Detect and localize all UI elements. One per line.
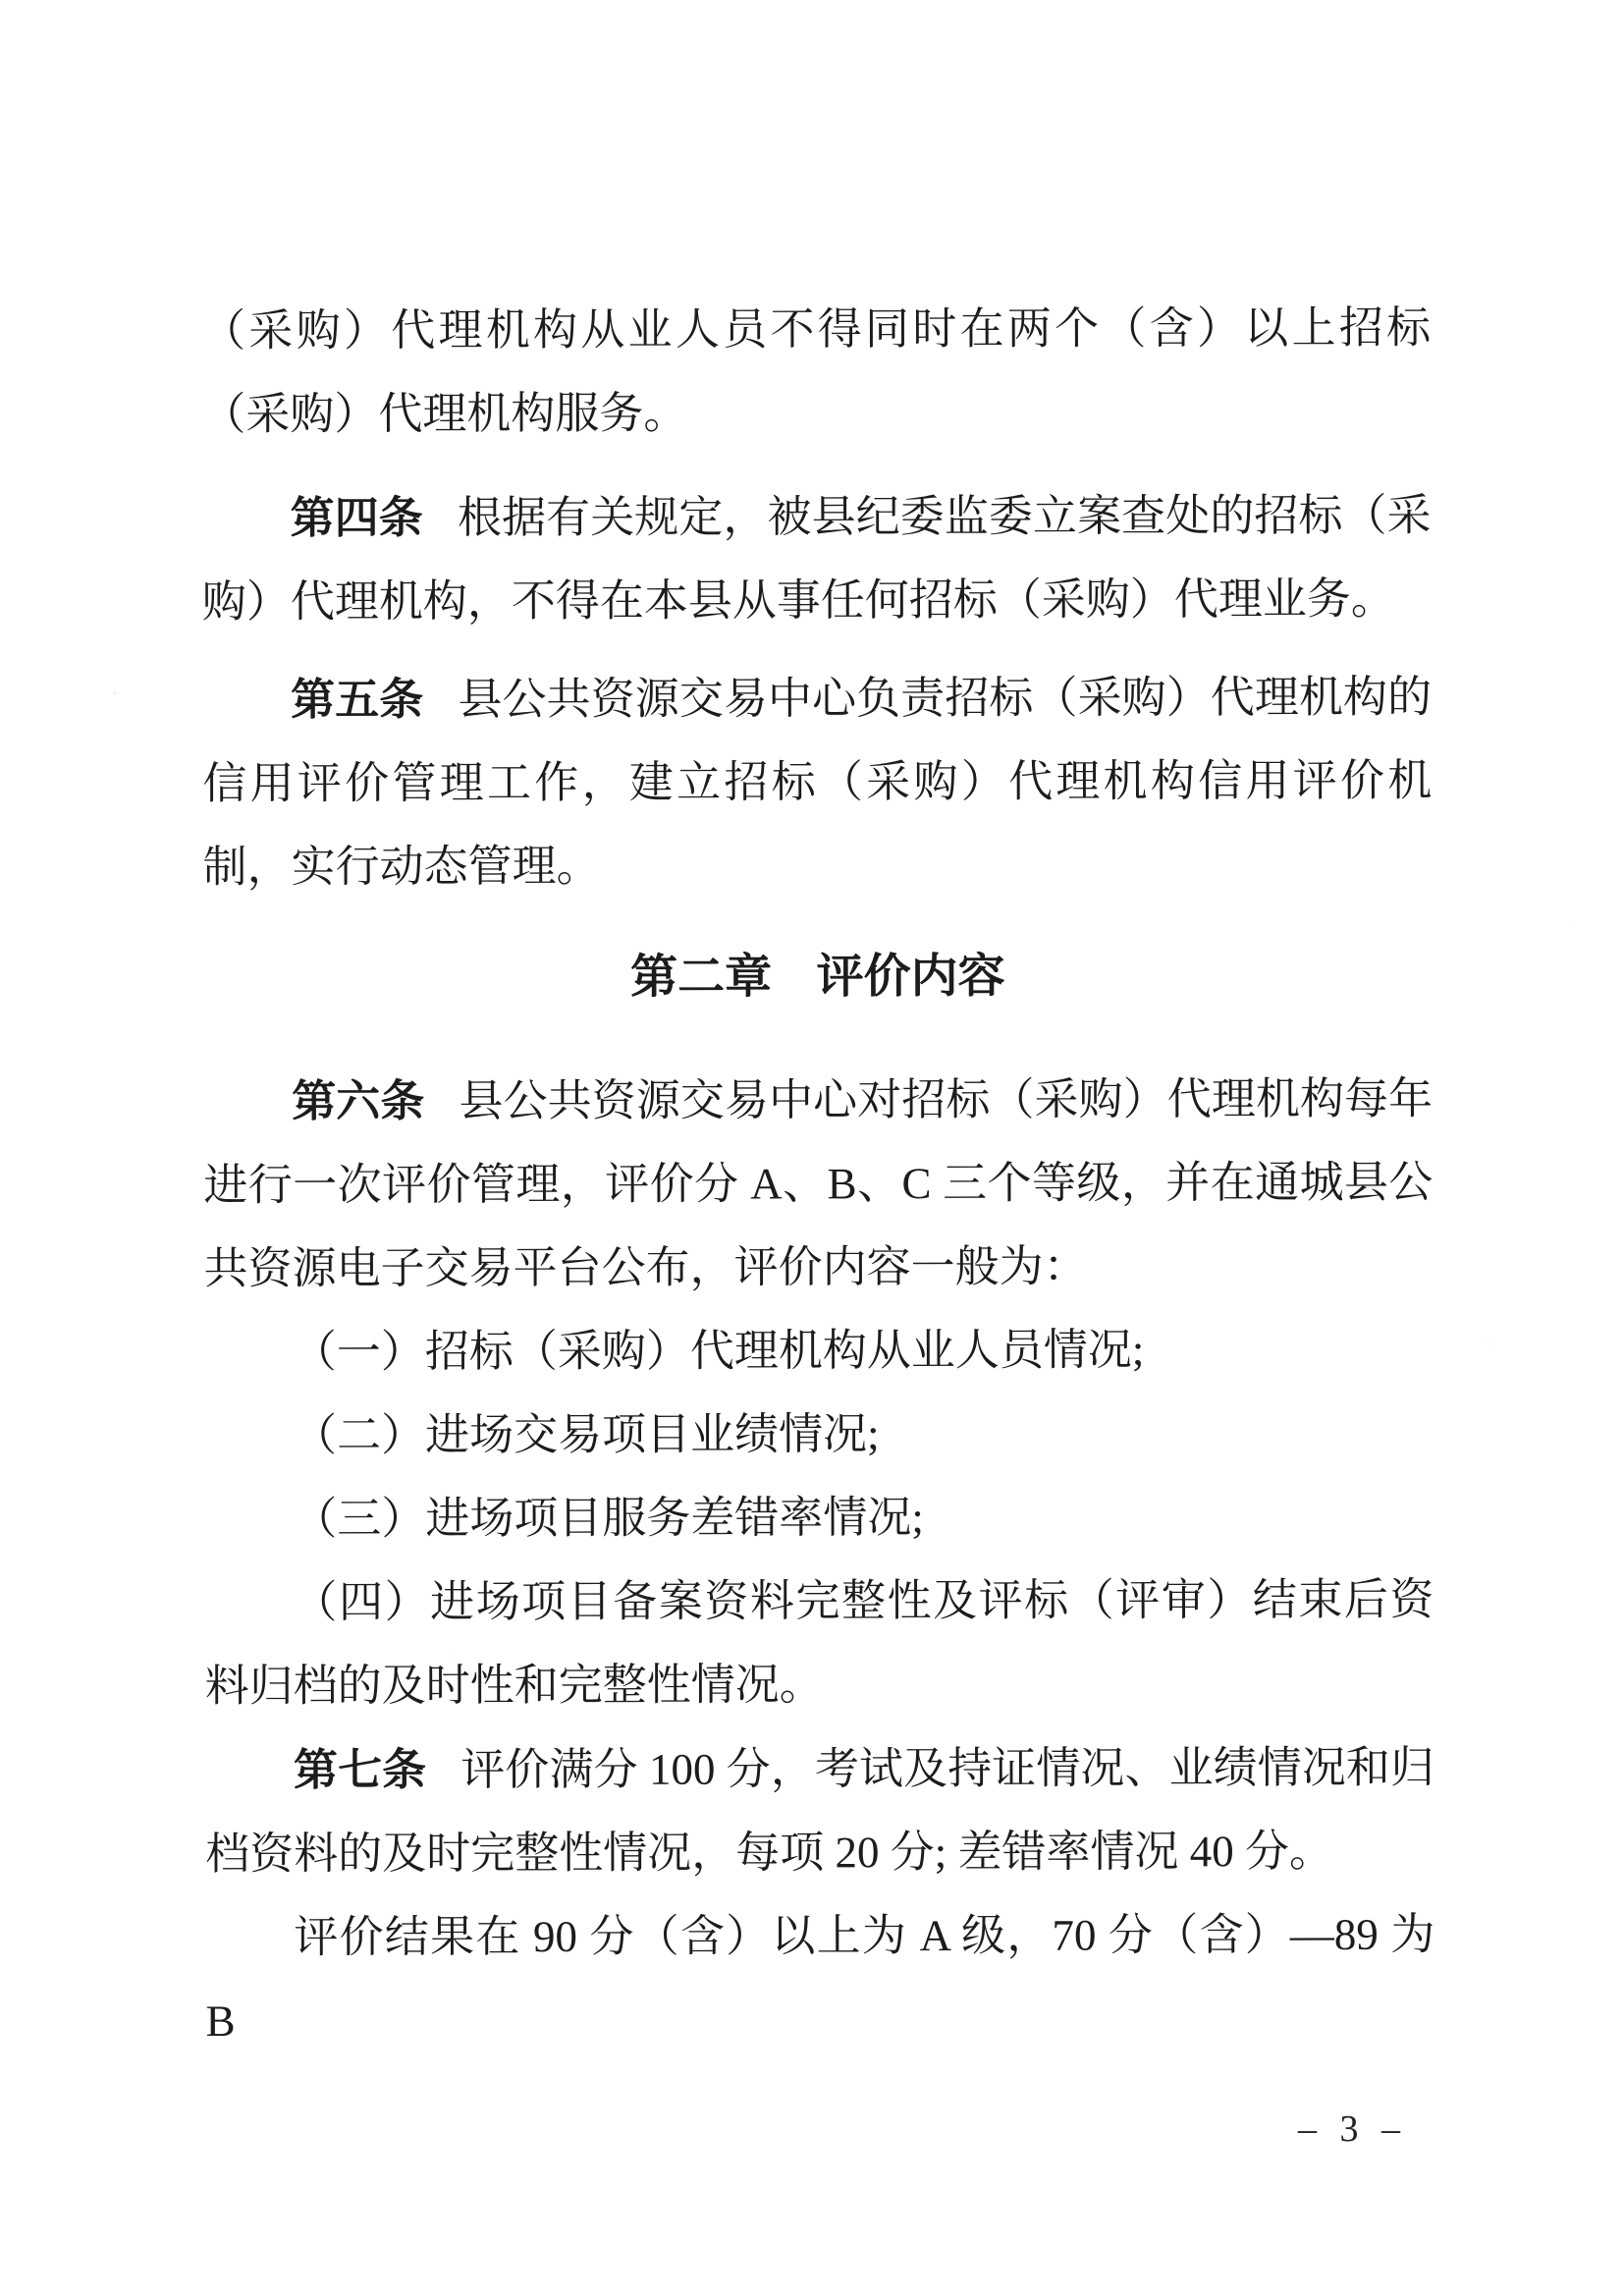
paragraph: （四）进场项目备案资料完整性及评标（评审）结束后资料归档的及时性和完整性情况。 <box>204 1558 1434 1728</box>
document-body: （采购）代理机构从业人员不得同时在两个（含）以上招标（采购）代理机构服务。第四条… <box>201 287 1435 2063</box>
paragraph: 评价结果在 90 分（含）以上为 A 级，70 分（含）—89 为 B <box>205 1893 1434 2063</box>
paragraph: （二）进场交易项目业绩情况; <box>204 1392 1434 1478</box>
paragraph-text: （采购）代理机构从业人员不得同时在两个（含）以上招标（采购）代理机构服务。 <box>201 303 1431 439</box>
article-number-label: 第五条 <box>291 674 423 724</box>
article-number-label: 第二章 <box>630 951 772 1003</box>
article-number-label: 第四条 <box>291 492 423 542</box>
chapter-heading: 第二章评价内容 <box>203 934 1433 1020</box>
article-paragraph: 第五条县公共资源交易中心负责招标（采购）代理机构的信用评价管理工作，建立招标（采… <box>202 655 1433 909</box>
article-number-label: 第六条 <box>292 1075 424 1125</box>
page-number: – 3 – <box>1298 2107 1407 2151</box>
paragraph-text: （四）进场项目备案资料完整性及评标（评审）结束后资料归档的及时性和完整性情况。 <box>205 1575 1434 1711</box>
paragraph-text: 评价内容 <box>817 951 1005 1004</box>
paragraph: （一）招标（采购）代理机构从业人员情况; <box>204 1308 1434 1394</box>
paragraph-text: （一）招标（采购）代理机构从业人员情况; <box>293 1325 1145 1376</box>
article-paragraph: 第四条根据有关规定，被县纪委监委立案查处的招标（采购）代理机构，不得在本县从事任… <box>201 473 1431 644</box>
document-page: （采购）代理机构从业人员不得同时在两个（含）以上招标（采购）代理机构服务。第四条… <box>0 0 1623 2296</box>
article-paragraph: 第七条评价满分 100 分，考试及持证情况、业绩情况和归档资料的及时完整性情况，… <box>205 1725 1434 1896</box>
paragraph: （采购）代理机构从业人员不得同时在两个（含）以上招标（采购）代理机构服务。 <box>201 287 1431 457</box>
paragraph: （三）进场项目服务差错率情况; <box>204 1475 1434 1561</box>
paragraph-text: 评价结果在 90 分（含）以上为 A 级，70 分（含）—89 为 B <box>206 1910 1435 2046</box>
paragraph-text: （二）进场交易项目业绩情况; <box>293 1409 880 1460</box>
paragraph-text: （三）进场项目服务差错率情况; <box>293 1493 924 1544</box>
article-paragraph: 第六条县公共资源交易中心对招标（采购）代理机构每年进行一次评价管理，评价分 A、… <box>203 1057 1434 1311</box>
article-number-label: 第七条 <box>294 1744 426 1794</box>
